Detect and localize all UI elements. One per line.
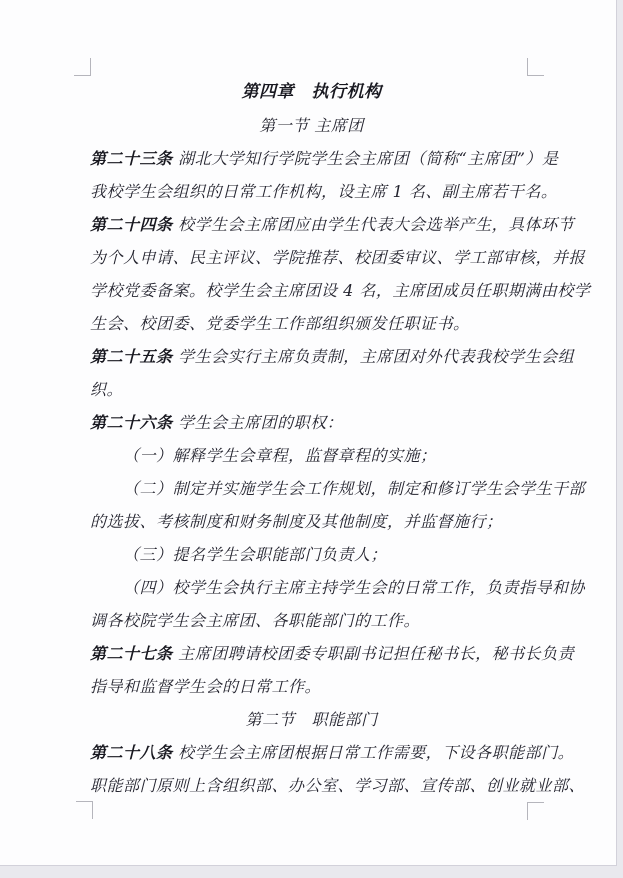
text-line: 第二十七条 主席团聘请校团委专职副书记担任秘书长，秘书长负责 [90, 637, 533, 670]
body-text-run: 织。 [90, 380, 123, 399]
text-line: 第二十三条 湖北大学知行学院学生会主席团（简称“主席团”）是 [90, 142, 533, 175]
document-text-block: 第四章 执行机构第一节 主席团第二十三条 湖北大学知行学院学生会主席团（简称“主… [90, 76, 533, 802]
text-line: （四）校学生会执行主席主持学生会的日常工作，负责指导和协 [90, 571, 533, 604]
body-text-run: 指导和监督学生会的日常工作。 [90, 677, 321, 696]
text-line: 第二十四条 校学生会主席团应由学生代表大会选举产生，具体环节 [90, 208, 533, 241]
margin-crop-mark-bottom-right [527, 802, 544, 820]
body-text-run: 校学生会主席团根据日常工作需要，下设各职能部门。 [173, 743, 575, 762]
article-number-text: 第二十六条 [90, 413, 173, 432]
text-line: （三）提名学生会职能部门负责人； [90, 538, 533, 571]
text-line: 第二十八条 校学生会主席团根据日常工作需要，下设各职能部门。 [90, 736, 533, 769]
text-line: （二）制定并实施学生会工作规划，制定和修订学生会学生干部 [90, 472, 533, 505]
margin-crop-mark-top-left [74, 58, 91, 76]
body-text-run: 第一节 主席团 [259, 116, 364, 135]
text-line: 为个人申请、民主评议、学院推荐、校团委审议、学工部审核，并报 [90, 241, 533, 274]
article-number-text: 第二十八条 [90, 743, 173, 762]
body-text-run: （一）解释学生会章程，监督章程的实施； [123, 446, 437, 465]
article-number-text: 第二十四条 [90, 215, 173, 234]
body-text-run: 学生会实行主席负责制，主席团对外代表我校学生会组 [173, 347, 575, 366]
text-line: 职能部门原则上含组织部、办公室、学习部、宣传部、创业就业部、 [90, 769, 533, 802]
section-title-line: 第二节 职能部门 [90, 703, 533, 736]
body-text-run: （三）提名学生会职能部门负责人； [123, 545, 387, 564]
body-text-run: 学生会主席团的职权： [173, 413, 344, 432]
body-text-run: （四）校学生会执行主席主持学生会的日常工作，负责指导和协 [123, 578, 585, 597]
document-page: 第四章 执行机构第一节 主席团第二十三条 湖北大学知行学院学生会主席团（简称“主… [0, 0, 617, 866]
body-text-run: 学校党委备案。校学生会主席团设 4 名，主席团成员任职期满由校学 [90, 281, 590, 300]
text-line: 第二十六条 学生会主席团的职权： [90, 406, 533, 439]
text-line: （一）解释学生会章程，监督章程的实施； [90, 439, 533, 472]
body-text-run: 我校学生会组织的日常工作机构，设主席 1 名、副主席若干名。 [90, 182, 557, 201]
section-title-line: 第一节 主席团 [90, 109, 533, 142]
body-text-run: 湖北大学知行学院学生会主席团（简称“主席团”）是 [173, 149, 559, 168]
body-text-run: 第二节 职能部门 [245, 710, 377, 729]
body-text-run: 的选拔、考核制度和财务制度及其他制度，并监督施行； [90, 512, 503, 531]
text-line: 指导和监督学生会的日常工作。 [90, 670, 533, 703]
text-line: 调各校院学生会主席团、各职能部门的工作。 [90, 604, 533, 637]
text-line: 生会、校团委、党委学生工作部组织颁发任职证书。 [90, 307, 533, 340]
text-line: 学校党委备案。校学生会主席团设 4 名，主席团成员任职期满由校学 [90, 274, 533, 307]
body-text-run: 职能部门原则上含组织部、办公室、学习部、宣传部、创业就业部、 [90, 776, 585, 795]
margin-crop-mark-bottom-left [76, 801, 93, 819]
text-line: 的选拔、考核制度和财务制度及其他制度，并监督施行； [90, 505, 533, 538]
body-text-run: 为个人申请、民主评议、学院推荐、校团委审议、学工部审核，并报 [90, 248, 585, 267]
text-line: 我校学生会组织的日常工作机构，设主席 1 名、副主席若干名。 [90, 175, 533, 208]
text-line: 第二十五条 学生会实行主席负责制，主席团对外代表我校学生会组 [90, 340, 533, 373]
article-number-text: 第二十三条 [90, 149, 173, 168]
body-text-run: 主席团聘请校团委专职副书记担任秘书长，秘书长负责 [173, 644, 575, 663]
text-line: 织。 [90, 373, 533, 406]
body-text-run: 生会、校团委、党委学生工作部组织颁发任职证书。 [90, 314, 470, 333]
article-number-text: 第二十七条 [90, 644, 173, 663]
margin-crop-mark-top-right [527, 58, 544, 76]
article-number-text: 第二十五条 [90, 347, 173, 366]
body-text-run: （二）制定并实施学生会工作规划，制定和修订学生会学生干部 [123, 479, 585, 498]
document-viewer-canvas: 第四章 执行机构第一节 主席团第二十三条 湖北大学知行学院学生会主席团（简称“主… [0, 0, 623, 878]
body-text-run: 校学生会主席团应由学生代表大会选举产生，具体环节 [173, 215, 575, 234]
chapter-title-line: 第四章 执行机构 [90, 76, 533, 109]
body-text-run: 调各校院学生会主席团、各职能部门的工作。 [90, 611, 420, 630]
article-number-text: 第四章 执行机构 [242, 82, 382, 102]
